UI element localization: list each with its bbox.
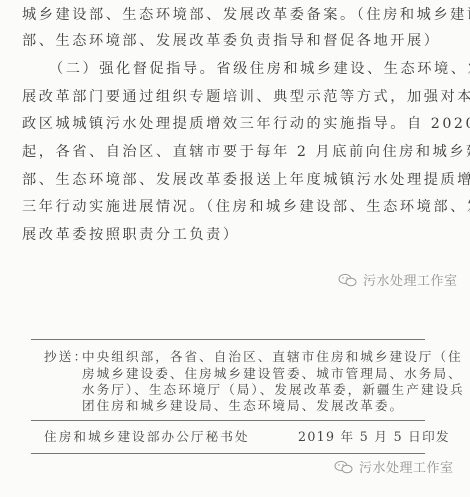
cc-top-rule (31, 339, 425, 340)
issue-date: 2019 年 5 月 5 日印发 (298, 429, 450, 445)
body-line-2: 部、生态环境部、发展改革委负责指导和督促各地开展） (22, 32, 417, 50)
body-line-8: 三年行动实施进展情况。（住房和城乡建设部、生态环境部、发 (22, 198, 417, 216)
wechat-icon (334, 460, 354, 474)
body-line-5: 政区城城镇污水处理提质增效三年行动的实施指导。自 2020 年 (22, 115, 417, 133)
cc-line-2: 房城乡建设委、住房城乡建设管委、城市管理局、水务局、 (82, 366, 422, 382)
section-heading-line: （二）强化督促指导。省级住房和城乡建设、生态环境、发 (49, 60, 444, 78)
footer-top-rule (31, 420, 425, 421)
body-line-7: 部、生态环境部、发展改革委报送上年度城镇污水处理提质增效 (22, 171, 417, 189)
cc-line-4: 团住房和城乡建设局、生态环境局、发展改革委。 (82, 398, 422, 414)
cc-line-1: 中央组织部，各省、自治区、直辖市住房和城乡建设厅（住 (82, 349, 422, 365)
wechat-icon (338, 273, 358, 287)
body-line-1: 城乡建设部、生态环境部、发展改革委备案。（住房和城乡建设 (22, 6, 417, 24)
body-line-4: 展改革部门要通过组织专题培训、典型示范等方式，加强对本行 (22, 88, 417, 106)
body-line-9: 展改革委按照职责分工负责） (22, 226, 417, 244)
cc-line-3: 水务厅）、生态环境厅（局）、发展改革委，新疆生产建设兵 (82, 382, 422, 398)
watermark-text: 污水处理工作室 (359, 457, 454, 476)
footer-bottom-rule (31, 453, 425, 454)
issuer: 住房和城乡建设部办公厅秘书处 (44, 429, 250, 445)
watermark-text: 污水处理工作室 (363, 270, 458, 289)
watermark-top: 污水处理工作室 (338, 270, 458, 289)
body-line-6: 起，各省、自治区、直辖市要于每年 2 月底前向住房和城乡建设 (22, 143, 417, 161)
watermark-bottom: 污水处理工作室 (334, 457, 454, 476)
